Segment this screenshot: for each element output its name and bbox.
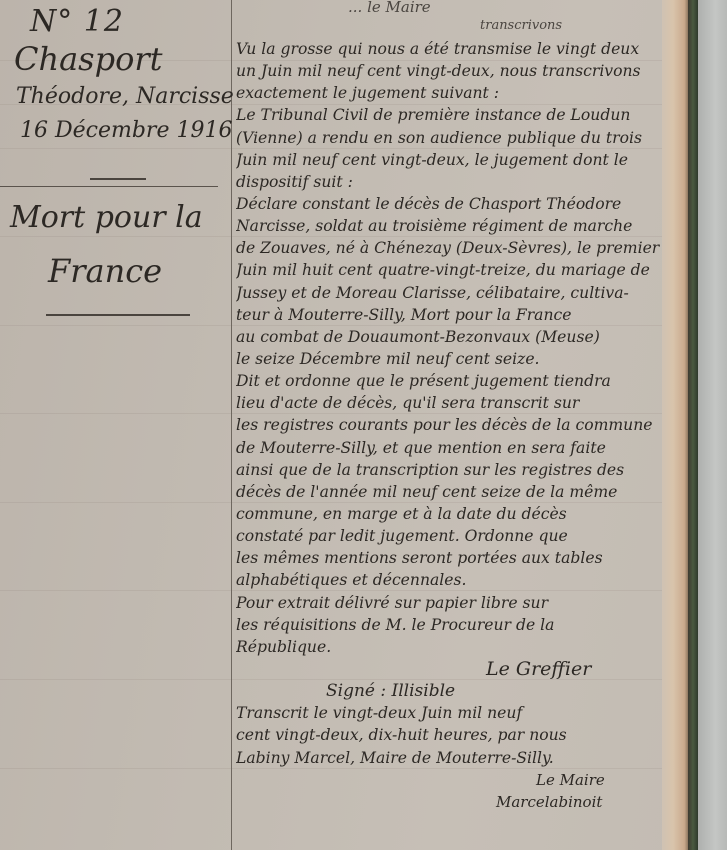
- body-line: dispositif suit :: [236, 171, 666, 193]
- body-line: les réquisitions de M. le Procureur de l…: [236, 614, 666, 636]
- background-surface: [698, 0, 727, 850]
- entry-number: N° 12: [30, 4, 124, 39]
- book-binding: [688, 0, 698, 850]
- signature-maire-title: Le Maire: [236, 769, 666, 791]
- transcription-line: cent vingt-deux, dix-huit heures, par no…: [236, 724, 666, 746]
- transcription-line: Transcrit le vingt-deux Juin mil neuf: [236, 702, 666, 724]
- page-edge: [662, 0, 690, 850]
- transcription-line: Labiny Marcel, Maire de Mouterre-Silly.: [236, 747, 666, 769]
- mention-france: France: [48, 252, 162, 290]
- surname: Chasport: [14, 40, 163, 78]
- body-line: un Juin mil neuf cent vingt-deux, nous t…: [236, 60, 666, 82]
- body-line: constaté par ledit jugement. Ordonne que: [236, 525, 666, 547]
- body-line: Le Tribunal Civil de première instance d…: [236, 104, 666, 126]
- body-line: les mêmes mentions seront portées aux ta…: [236, 547, 666, 569]
- body-line: Déclare constant le décès de Chasport Th…: [236, 193, 666, 215]
- body-line: les registres courants pour les décès de…: [236, 414, 666, 436]
- signature-maire: Marcelabinoit: [236, 791, 666, 813]
- body-line: (Vienne) a rendu en son audience publiqu…: [236, 127, 666, 149]
- body-line: Narcisse, soldat au troisième régiment d…: [236, 215, 666, 237]
- body-line: de Zouaves, né à Chénezay (Deux-Sèvres),…: [236, 237, 666, 259]
- body-line: au combat de Douaumont-Bezonvaux (Meuse): [236, 326, 666, 348]
- given-names: Théodore, Narcisse: [16, 84, 234, 109]
- entry-body: Vu la grosse qui nous a été transmise le…: [236, 38, 666, 813]
- mention-mort-pour-la: Mort pour la: [10, 200, 203, 235]
- body-line: République.: [236, 636, 666, 658]
- body-line: teur à Mouterre-Silly, Mort pour la Fran…: [236, 304, 666, 326]
- body-line: exactement le jugement suivant :: [236, 82, 666, 104]
- body-line: commune, en marge et à la date du décès: [236, 503, 666, 525]
- death-date: 16 Décembre 1916: [20, 118, 232, 143]
- body-line: le seize Décembre mil neuf cent seize.: [236, 348, 666, 370]
- divider: [0, 186, 218, 187]
- body-line: Dit et ordonne que le présent jugement t…: [236, 370, 666, 392]
- body-line: lieu d'acte de décès, qu'il sera transcr…: [236, 392, 666, 414]
- signature-greffier-title: Le Greffier: [236, 658, 666, 680]
- header-annotation-2: transcrivons: [480, 18, 562, 33]
- signature-signed: Signé : Illisible: [236, 680, 666, 702]
- divider: [90, 178, 146, 180]
- body-line: Vu la grosse qui nous a été transmise le…: [236, 38, 666, 60]
- body-line: Pour extrait délivré sur papier libre su…: [236, 592, 666, 614]
- body-line: ainsi que de la transcription sur les re…: [236, 459, 666, 481]
- body-line: Juin mil neuf cent vingt-deux, le jugeme…: [236, 149, 666, 171]
- body-line: décès de l'année mil neuf cent seize de …: [236, 481, 666, 503]
- body-line: alphabétiques et décennales.: [236, 569, 666, 591]
- register-page: N° 12 Chasport Théodore, Narcisse 16 Déc…: [0, 0, 690, 850]
- body-line: Juin mil huit cent quatre-vingt-treize, …: [236, 259, 666, 281]
- divider: [46, 314, 190, 316]
- body-line: Jussey et de Moreau Clarisse, célibatair…: [236, 282, 666, 304]
- body-line: de Mouterre-Silly, et que mention en ser…: [236, 437, 666, 459]
- header-annotation: ... le Maire: [348, 0, 431, 16]
